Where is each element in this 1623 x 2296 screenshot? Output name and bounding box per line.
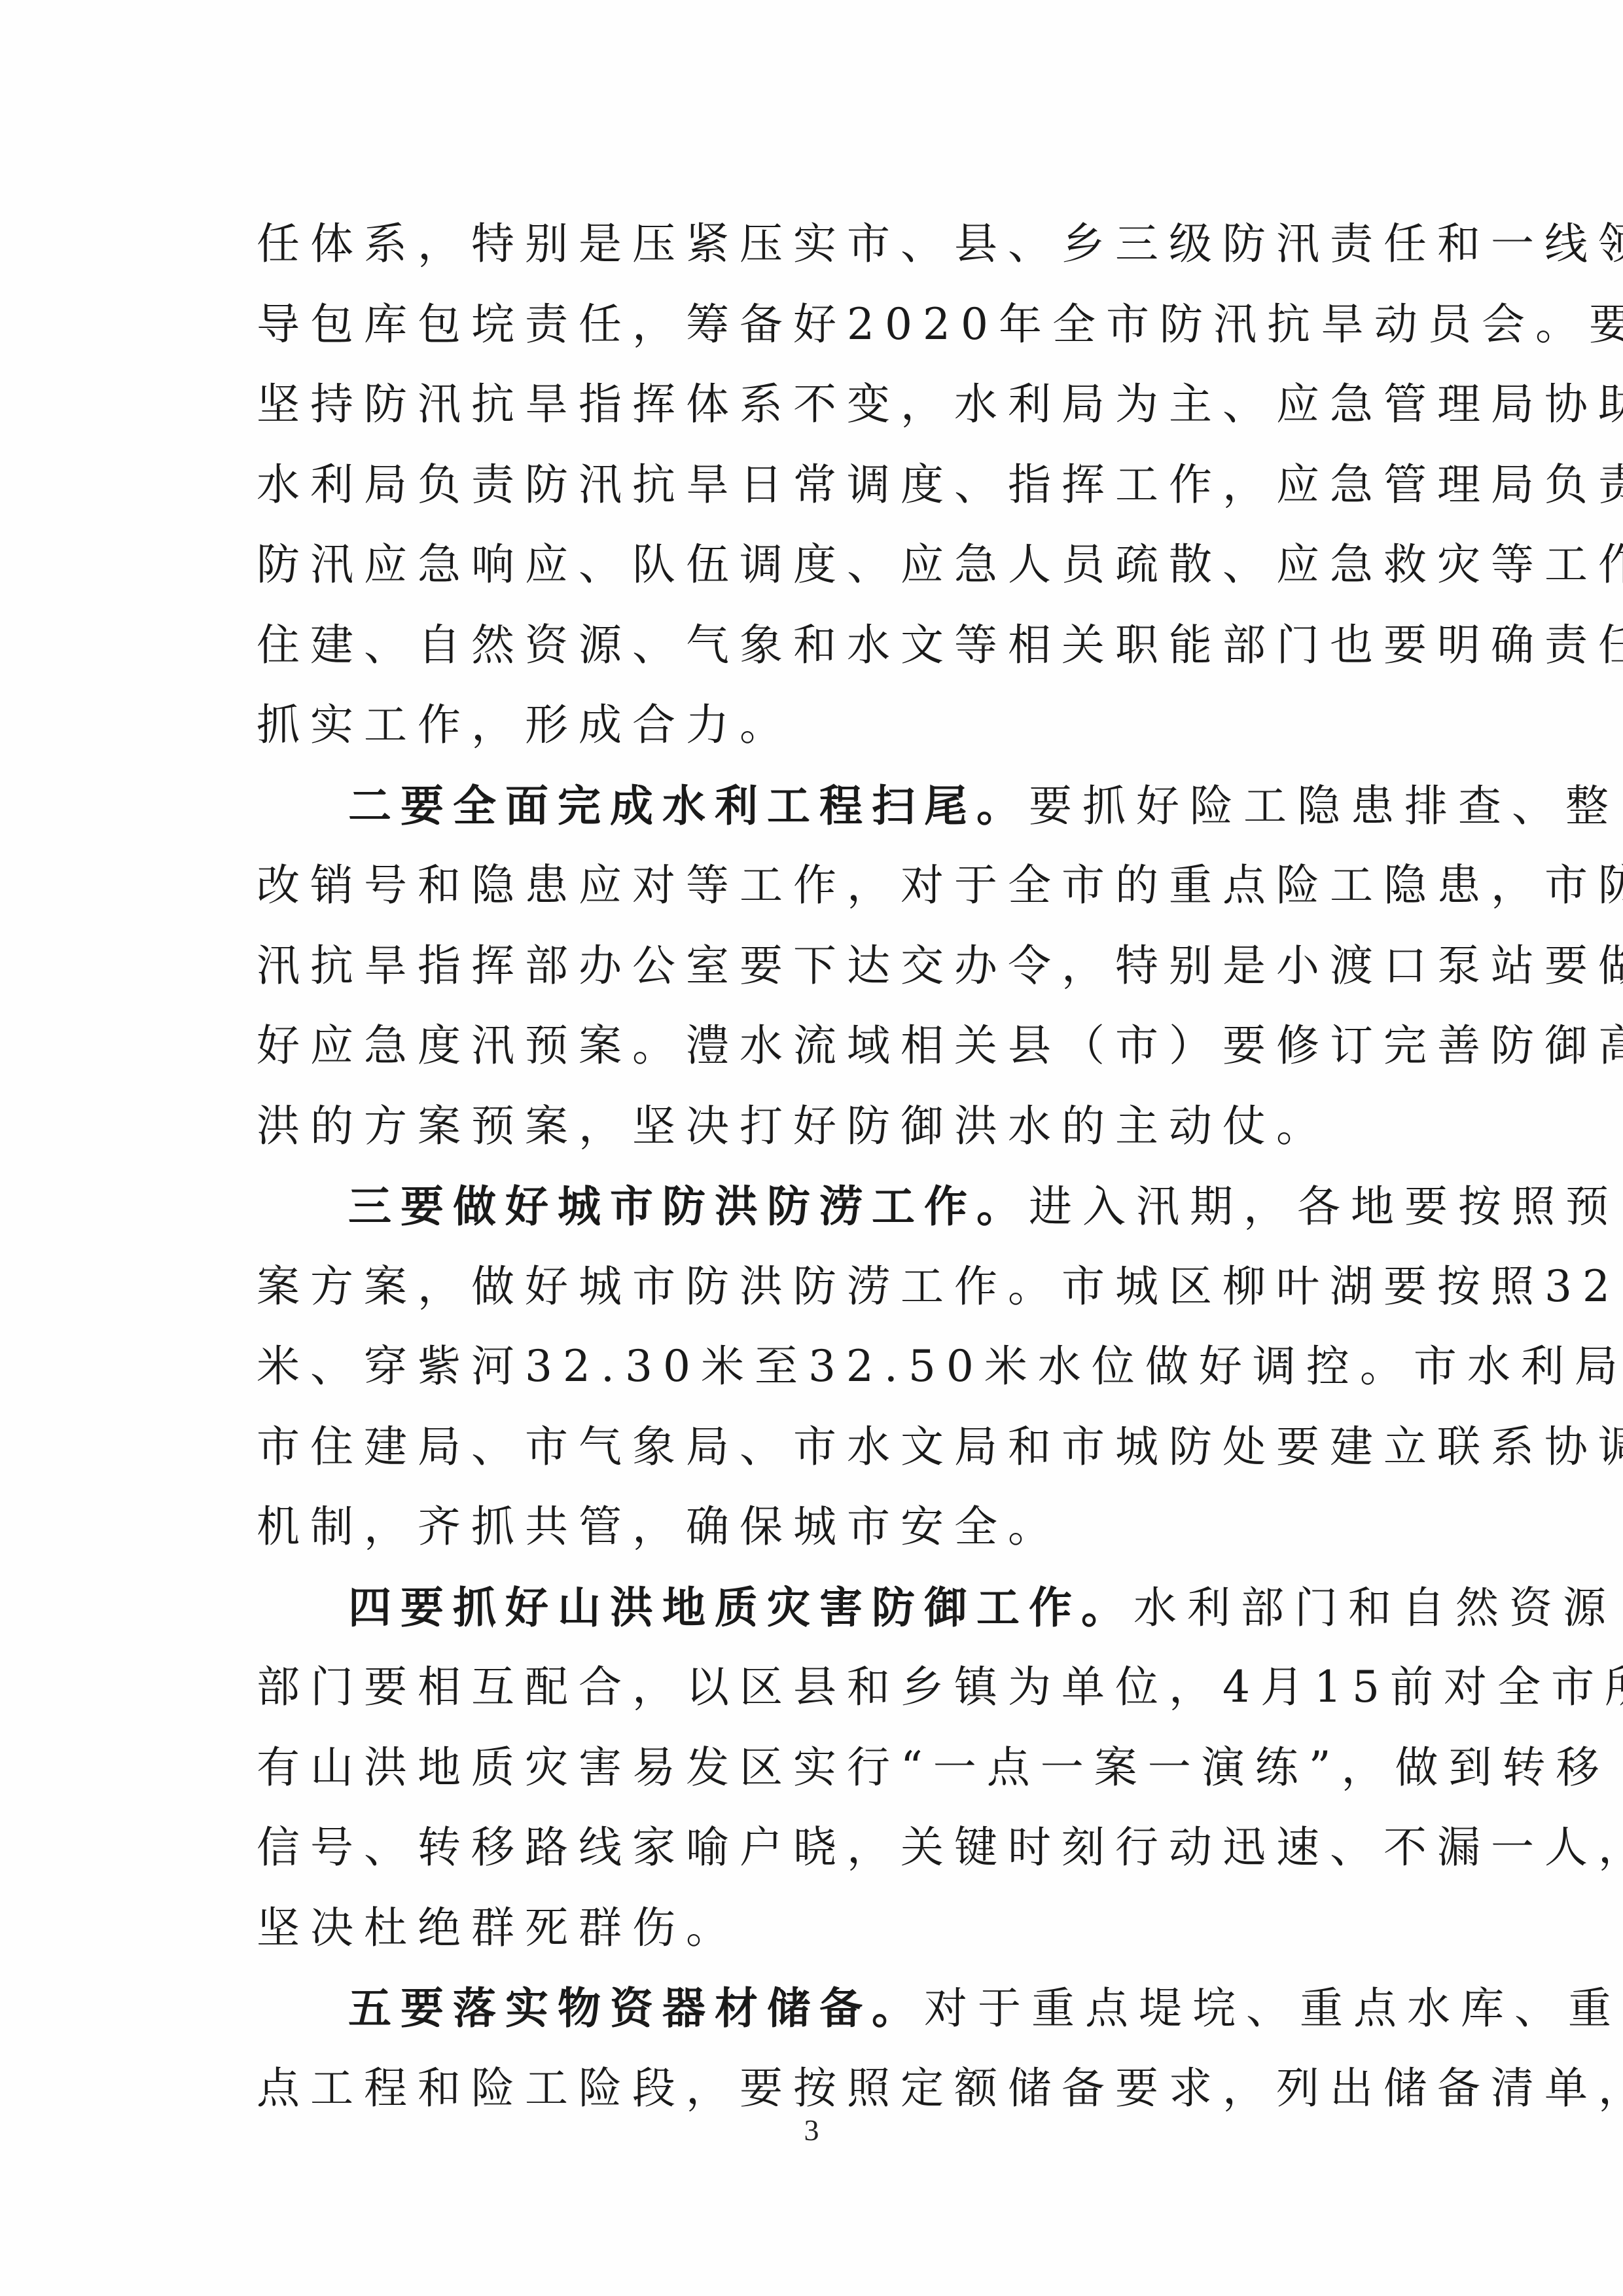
text-line: 市住建局、市气象局、市水文局和市城防处要建立联系协调 xyxy=(257,1407,1408,1488)
paragraph-item-two: 二要全面完成水利工程扫尾。要抓好险工隐患排查、整 改销号和隐患应对等工作，对于全… xyxy=(257,766,1408,1167)
text-line: 改销号和隐患应对等工作，对于全市的重点险工隐患，市防 xyxy=(257,846,1408,926)
paragraph-first-line: 五要落实物资器材储备。对于重点堤垸、重点水库、重 xyxy=(257,1968,1408,2049)
text-line: 住建、自然资源、气象和水文等相关职能部门也要明确责任， xyxy=(257,605,1408,686)
paragraph-heading: 五要落实物资器材储备。 xyxy=(348,1982,924,2034)
paragraph-first-line: 二要全面完成水利工程扫尾。要抓好险工隐患排查、整 xyxy=(257,766,1408,846)
text-line: 坚决杜绝群死群伤。 xyxy=(257,1888,1408,1969)
text-line: 米、穿紫河32.30米至32.50米水位做好调控。市水利局、 xyxy=(257,1327,1408,1407)
paragraph-continuation: 任体系，特别是压紧压实市、县、乡三级防汛责任和一线领 导包库包垸责任，筹备好20… xyxy=(257,204,1408,766)
paragraph-text: 进入汛期，各地要按照预 xyxy=(1029,1181,1619,1232)
text-line: 信号、转移路线家喻户晓，关键时刻行动迅速、不漏一人， xyxy=(257,1808,1408,1888)
paragraph-text: 要抓好险工隐患排查、整 xyxy=(1029,781,1619,831)
text-line: 部门要相互配合，以区县和乡镇为单位，4月15前对全市所 xyxy=(257,1647,1408,1728)
text-line: 洪的方案预案，坚决打好防御洪水的主动仗。 xyxy=(257,1086,1408,1167)
paragraph-first-line: 四要抓好山洪地质灾害防御工作。水利部门和自然资源 xyxy=(257,1568,1408,1648)
text-line: 水利局负责防汛抗旱日常调度、指挥工作，应急管理局负责 xyxy=(257,445,1408,526)
paragraph-text: 水利部门和自然资源 xyxy=(1133,1583,1616,1633)
text-line: 案方案，做好城市防洪防涝工作。市城区柳叶湖要按照32.50 xyxy=(257,1247,1408,1327)
paragraph-heading: 三要做好城市防洪防涝工作。 xyxy=(348,1181,1029,1232)
text-line: 防汛应急响应、队伍调度、应急人员疏散、应急救灾等工作。 xyxy=(257,525,1408,605)
paragraph-first-line: 三要做好城市防洪防涝工作。进入汛期，各地要按照预 xyxy=(257,1166,1408,1247)
paragraph-heading: 二要全面完成水利工程扫尾。 xyxy=(348,780,1029,831)
document-page: 任体系，特别是压紧压实市、县、乡三级防汛责任和一线领 导包库包垸责任，筹备好20… xyxy=(0,0,1623,2296)
text-line: 机制，齐抓共管，确保城市安全。 xyxy=(257,1487,1408,1568)
text-line: 导包库包垸责任，筹备好2020年全市防汛抗旱动员会。要 xyxy=(257,285,1408,365)
text-line: 好应急度汛预案。澧水流域相关县（市）要修订完善防御高 xyxy=(257,1006,1408,1086)
paragraph-item-four: 四要抓好山洪地质灾害防御工作。水利部门和自然资源 部门要相互配合，以区县和乡镇为… xyxy=(257,1568,1408,1969)
document-body: 任体系，特别是压紧压实市、县、乡三级防汛责任和一线领 导包库包垸责任，筹备好20… xyxy=(257,204,1408,2128)
page-number: 3 xyxy=(0,2113,1623,2147)
paragraph-item-five: 五要落实物资器材储备。对于重点堤垸、重点水库、重 点工程和险工险段，要按照定额储… xyxy=(257,1968,1408,2128)
text-line: 有山洪地质灾害易发区实行“一点一案一演练”，做到转移 xyxy=(257,1728,1408,1808)
text-line: 抓实工作，形成合力。 xyxy=(257,685,1408,766)
paragraph-heading: 四要抓好山洪地质灾害防御工作。 xyxy=(348,1582,1133,1633)
text-line: 坚持防汛抗旱指挥体系不变，水利局为主、应急管理局协助。 xyxy=(257,365,1408,445)
paragraph-item-three: 三要做好城市防洪防涝工作。进入汛期，各地要按照预 案方案，做好城市防洪防涝工作。… xyxy=(257,1166,1408,1568)
text-line: 任体系，特别是压紧压实市、县、乡三级防汛责任和一线领 xyxy=(257,204,1408,285)
text-line: 汛抗旱指挥部办公室要下达交办令，特别是小渡口泵站要做 xyxy=(257,926,1408,1007)
paragraph-text: 对于重点堤垸、重点水库、重 xyxy=(924,1983,1622,2034)
